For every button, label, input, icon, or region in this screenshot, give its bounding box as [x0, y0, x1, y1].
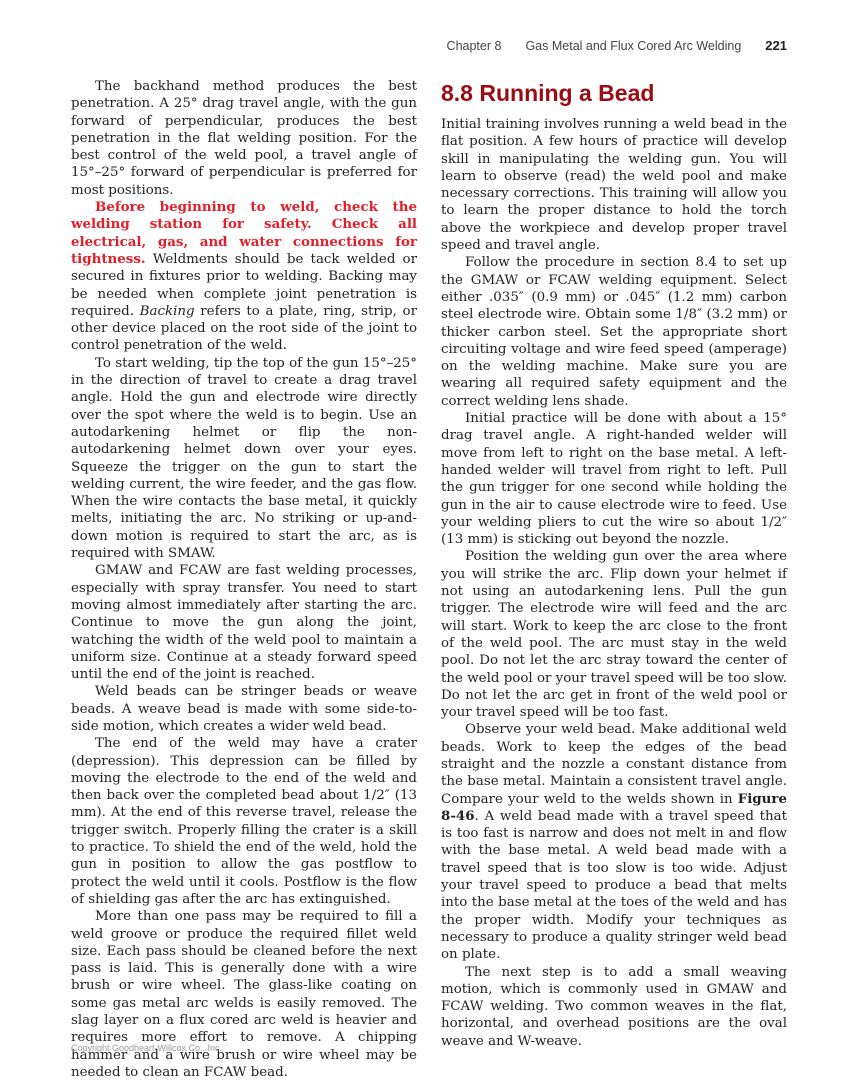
- paragraph: To start welding, tip the top of the gun…: [71, 355, 417, 563]
- paragraph: Initial training involves running a weld…: [441, 116, 787, 254]
- left-column: The backhand method produces the best pe…: [71, 78, 417, 1081]
- paragraph: Position the welding gun over the area w…: [441, 548, 787, 721]
- paragraph: Initial practice will be done with about…: [441, 410, 787, 548]
- glossary-term: Backing: [140, 304, 195, 319]
- section-heading: 8.8 Running a Bead: [441, 78, 787, 108]
- right-column: 8.8 Running a Bead Initial training invo…: [441, 78, 787, 1050]
- chapter-title: Gas Metal and Flux Cored Arc Welding: [525, 39, 741, 53]
- paragraph: The next step is to add a small weaving …: [441, 964, 787, 1050]
- chapter-label: Chapter 8: [447, 39, 502, 53]
- paragraph: More than one pass may be required to fi…: [71, 908, 417, 1081]
- paragraph: The backhand method produces the best pe…: [71, 78, 417, 199]
- paragraph: The end of the weld may have a crater (d…: [71, 735, 417, 908]
- copyright-footer: Copyright Goodheart-Willcox Co., Inc.: [71, 1043, 222, 1053]
- page-number: 221: [765, 38, 787, 53]
- paragraph-text: . A weld bead made with a travel speed t…: [441, 809, 787, 962]
- running-header: Chapter 8 Gas Metal and Flux Cored Arc W…: [447, 38, 787, 53]
- paragraph: Weld beads can be stringer beads or weav…: [71, 683, 417, 735]
- paragraph: Follow the procedure in section 8.4 to s…: [441, 254, 787, 410]
- paragraph: Observe your weld bead. Make additional …: [441, 721, 787, 963]
- paragraph-text: Observe your weld bead. Make additional …: [441, 722, 787, 806]
- paragraph: Before beginning to weld, check the weld…: [71, 199, 417, 355]
- paragraph: GMAW and FCAW are fast welding processes…: [71, 562, 417, 683]
